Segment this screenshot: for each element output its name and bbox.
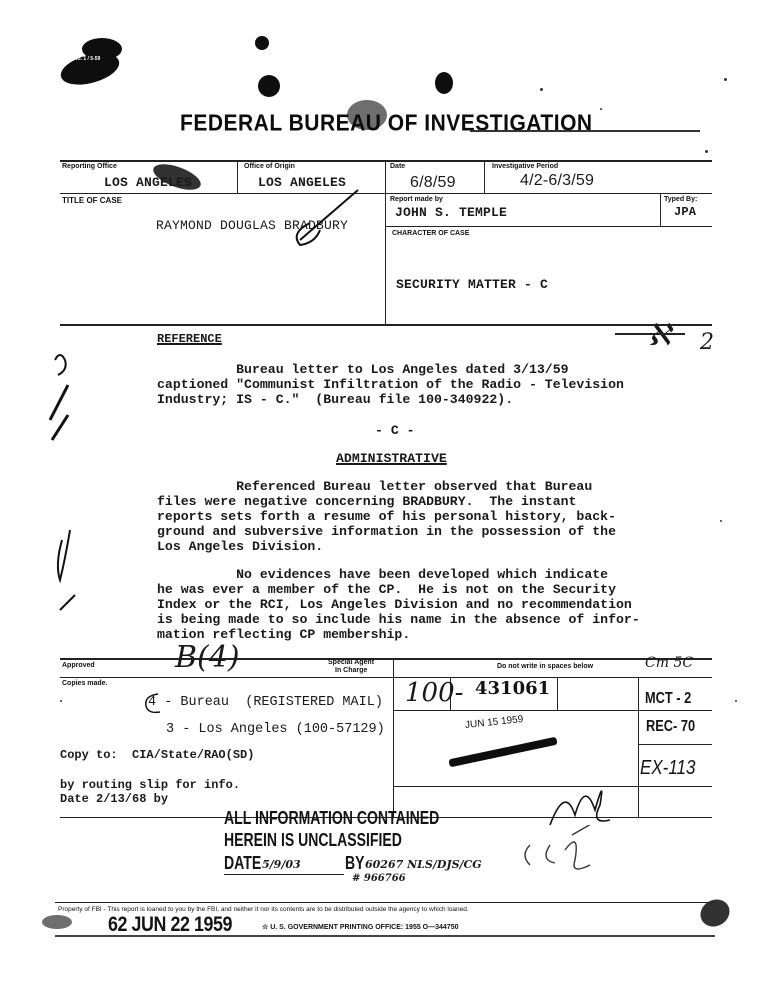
ink-blot [435,72,453,94]
handwritten-initials-reference: ℵ [648,318,670,353]
ink-blot [42,915,72,929]
declassification-date-value: 5/9/03 [262,858,301,871]
lower-form-row-rule [638,744,712,745]
stamp-mct: MCT - 2 [645,690,691,708]
reference-heading: REFERENCE [157,332,222,347]
declassification-date-label: DATE [224,853,261,874]
in-charge-label: In Charge [335,667,367,674]
reference-line: captioned "Communist Infiltration of the… [157,377,624,392]
handwritten-strike-mark [270,185,370,250]
character-of-case-value: SECURITY MATTER - C [396,277,548,292]
declassification-line-1: ALL INFORMATION CONTAINED [224,808,439,829]
ink-blot [255,36,269,50]
lower-form-divider [557,677,558,710]
admin-line: Index or the RCI, Los Angeles Division a… [157,597,632,612]
handwritten-corner-note: Cm 5C [645,655,693,671]
report-made-by-label: Report made by [390,196,443,203]
admin-line: Referenced Bureau letter observed that B… [157,479,592,494]
investigative-period-value: 4/2-6/3/59 [520,172,594,190]
admin-line: No evidences have been developed which i… [157,567,608,582]
lower-form-top-rule [60,658,712,660]
stamp-ex: EX-113 [640,757,695,780]
copy-distribution-line: 3 - Los Angeles (100-57129) [166,722,385,737]
form-row-rule [385,226,712,227]
handwritten-approval-initials: B(4) [175,640,240,675]
noise-speck [724,78,727,81]
noise-speck [600,108,602,110]
serial-date-stamp: 62 JUN 22 1959 [108,913,232,937]
report-made-by-value: JOHN S. TEMPLE [395,205,507,220]
declassification-by-label: BY [345,853,365,874]
copy-distribution-line: 4 - Bureau (REGISTERED MAIL) [148,695,383,710]
declassification-number: # 966766 [352,873,406,884]
administrative-heading: ADMINISTRATIVE [336,451,447,466]
title-of-case-label: TITLE OF CASE [62,196,122,205]
classification-marker: - C - [375,423,415,438]
agency-title: FEDERAL BUREAU OF INVESTIGATION [180,111,593,137]
lower-form-row-rule [60,677,712,678]
stamp-smudge [448,737,557,768]
form-top-rule [60,160,712,162]
reference-line: Bureau letter to Los Angeles dated 3/13/… [157,362,569,377]
admin-line: ground and subversive information in the… [157,524,616,539]
handwritten-page-mark: 2 [700,330,714,355]
form-bottom-rule [60,324,712,326]
handwritten-file-number: 100- [405,678,463,708]
date-by-line: Date 2/13/68 by [60,792,168,807]
initials-underline [615,333,685,335]
form-divider [385,160,386,325]
declassification-date-underline [224,874,344,875]
noise-speck [720,520,722,522]
handwritten-circle-mark [140,690,165,718]
ink-blot [258,75,280,97]
admin-line: reports sets forth a resume of his perso… [157,509,616,524]
handwritten-signature-scrawl [540,775,620,830]
form-divider [237,160,238,193]
date-value: 6/8/59 [410,174,456,192]
admin-line: he was ever a member of the CP. He is no… [157,582,616,597]
corner-form-number: Form No. 1 / 5-59 [60,56,100,62]
footer-top-rule [55,902,715,903]
copies-made-label: Copies made. [62,680,108,687]
stamp-rec: REC- 70 [646,718,695,736]
noise-speck [705,150,708,153]
declassification-by-value: 60267 NLS/DJS/CG [365,858,482,871]
declassification-line-2: HEREIN IS UNCLASSIFIED [224,830,402,851]
title-underline [470,130,700,132]
noise-speck [60,700,62,702]
do-not-write-label: Do not write in spaces below [497,663,593,670]
received-date-stamp: JUN 15 1959 [465,714,524,731]
noise-speck [735,700,737,702]
form-divider [484,160,485,193]
lower-form-divider [638,677,639,817]
approved-label: Approved [62,662,95,669]
form-divider [660,193,661,226]
form-row-rule [60,193,712,194]
printing-office-notice: ☆ U. S. GOVERNMENT PRINTING OFFICE: 1955… [262,923,459,931]
admin-line: is being made to so include his name in … [157,612,640,627]
copy-to-line: Copy to: CIA/State/RAO(SD) [60,748,254,763]
property-notice: Property of FBI - This report is loaned … [58,906,469,913]
office-of-origin-label: Office of Origin [244,163,295,170]
noise-speck [540,88,543,91]
typed-by-label: Typed By: [664,196,697,203]
investigative-period-label: Investigative Period [492,163,558,170]
reference-line: Industry; IS - C." (Bureau file 100-3409… [157,392,513,407]
lower-form-divider [393,658,394,818]
ink-blot [696,894,735,932]
reporting-office-value: LOS ANGELES [104,175,192,190]
stamped-file-number: 431061 [475,678,550,699]
admin-line: files were negative concerning BRADBURY.… [157,494,576,509]
lower-form-row-rule [393,710,712,711]
routing-slip-line: by routing slip for info. [60,778,240,793]
typed-by-value: JPA [674,205,696,219]
reporting-office-label: Reporting Office [62,163,117,170]
handwritten-initials-bottom [510,825,610,880]
margin-handwriting [40,340,80,620]
date-label: Date [390,163,405,170]
admin-line: Los Angeles Division. [157,539,323,554]
character-of-case-label: CHARACTER OF CASE [392,230,469,237]
footer-bottom-rule [55,935,715,937]
special-agent-label: Special Agent [328,659,374,666]
